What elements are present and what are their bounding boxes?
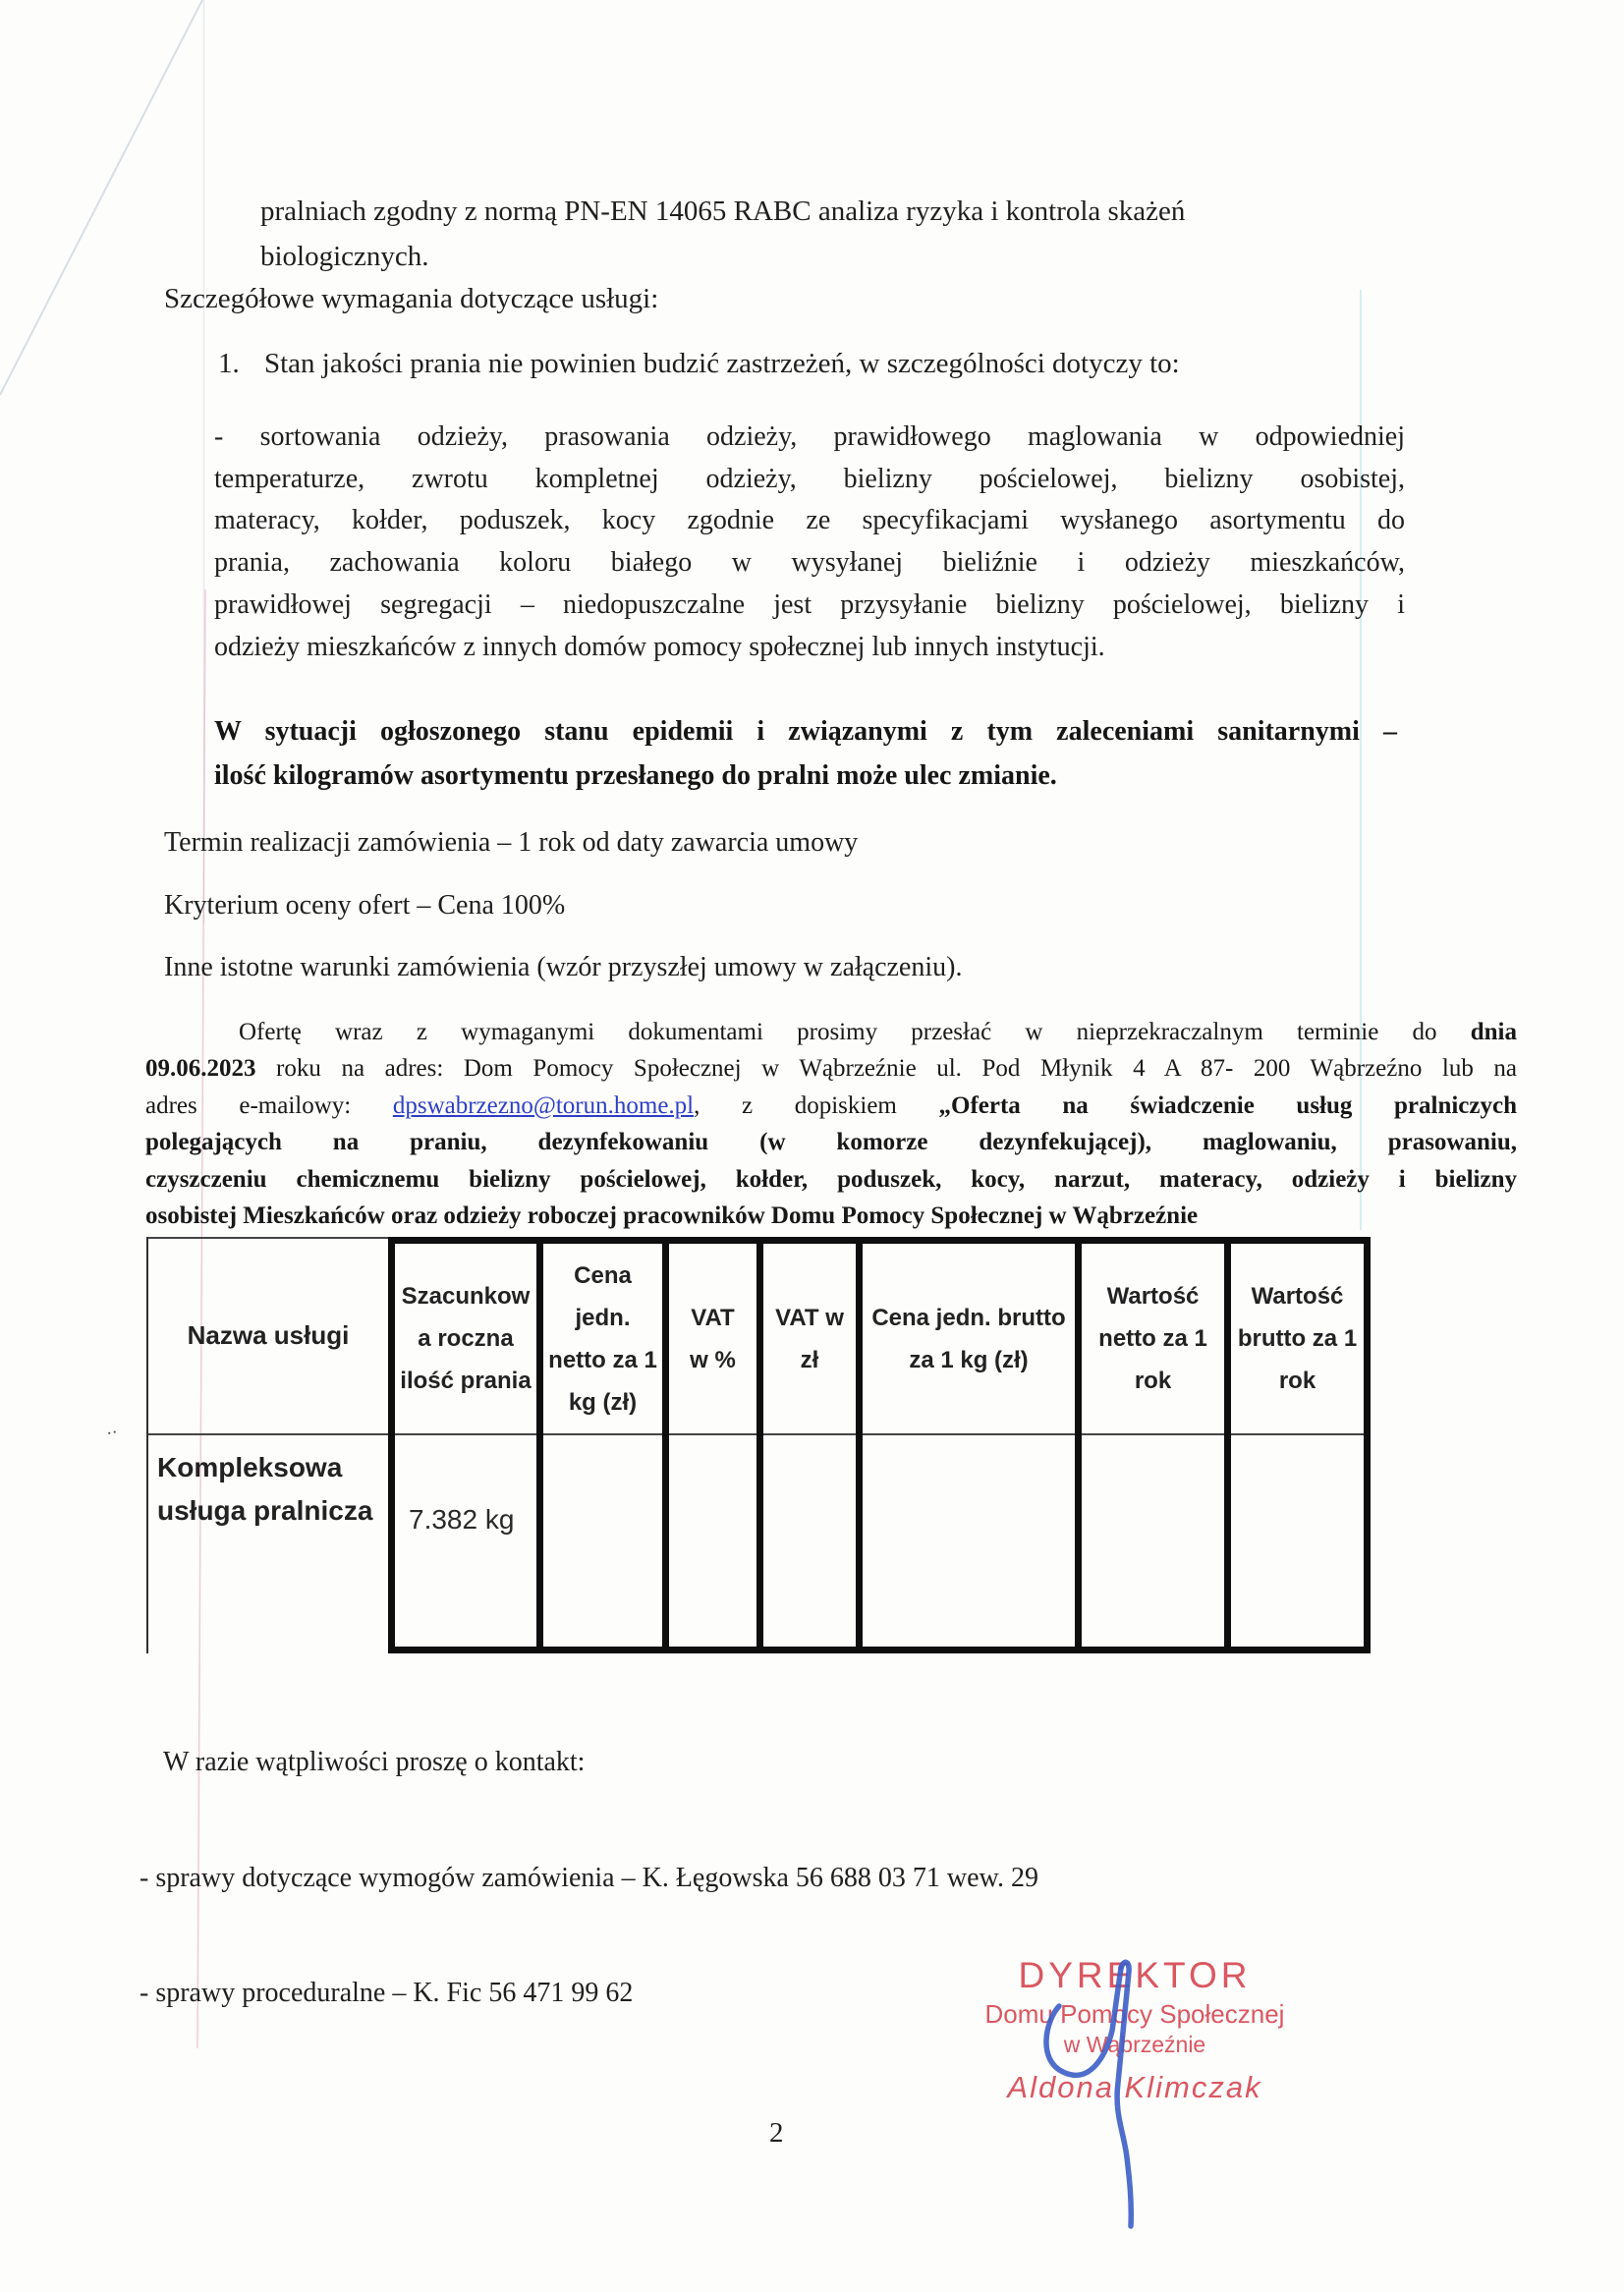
table-header-value-net: Wartość netto za 1 rok bbox=[1075, 1244, 1224, 1433]
table-header-value-gross: Wartość brutto za 1 rok bbox=[1224, 1244, 1364, 1433]
requirements-paragraph: - sortowania odzieży, prasowania odzieży… bbox=[214, 417, 1405, 668]
requirements-heading: Szczegółowe wymagania dotyczące usługi: bbox=[164, 276, 658, 321]
table-cell-value-net bbox=[1075, 1433, 1224, 1647]
table-cell-quantity: 7.382 kg bbox=[395, 1433, 536, 1647]
contact-item-1: - sprawy dotyczące wymogów zamówienia – … bbox=[140, 1857, 1038, 1899]
offer-title-bold: „Oferta na świadczenie usług pralniczych bbox=[939, 1092, 1518, 1119]
list-item-1: 1. Stan jakości prania nie powinien budz… bbox=[218, 341, 1180, 386]
list-item-number: 1. bbox=[218, 348, 240, 379]
table-cell-unit-gross bbox=[856, 1433, 1075, 1647]
offer-line-4: polegających na praniu, dezynfekowaniu (… bbox=[145, 1124, 1517, 1160]
list-item-text: Stan jakości prania nie powinien budzić … bbox=[264, 348, 1180, 379]
intro-line-1: pralniach zgodny z normą PN-EN 14065 RAB… bbox=[260, 189, 1390, 234]
table-cell-service-name: Kompleksowa usługa pralnicza bbox=[157, 1446, 387, 1533]
epidemic-notice: W sytuacji ogłoszonego stanu epidemii i … bbox=[214, 709, 1397, 798]
requirements-line: odzieży mieszkańców z innych domów pomoc… bbox=[214, 627, 1405, 669]
table-header-vat-percent: VAT w % bbox=[662, 1244, 756, 1433]
offer-line-6: osobistej Mieszkańców oraz odzieży roboc… bbox=[145, 1198, 1517, 1234]
table-header-name: Nazwa usługi bbox=[148, 1237, 388, 1433]
table-cell-value-gross bbox=[1224, 1433, 1364, 1647]
intro-line-2: biologicznych. bbox=[260, 234, 1390, 279]
requirements-line: - sortowania odzieży, prasowania odzieży… bbox=[214, 417, 1405, 459]
epidemic-notice-line-1: W sytuacji ogłoszonego stanu epidemii i … bbox=[214, 709, 1397, 754]
offer-line-3-text: adres e-mailowy: bbox=[145, 1092, 393, 1119]
table-cell-vat-percent bbox=[662, 1433, 756, 1647]
offer-line-5: czyszczeniu chemicznemu bielizny pościel… bbox=[145, 1161, 1517, 1198]
table-header-unit-net: Cena jedn. netto za 1 kg (zł) bbox=[536, 1244, 662, 1433]
requirements-line: temperaturze, zwrotu kompletnej odzieży,… bbox=[214, 459, 1405, 501]
term-other: Inne istotne warunki zamówienia (wzór pr… bbox=[164, 946, 962, 988]
table-header-unit-gross: Cena jedn. brutto za 1 kg (zł) bbox=[856, 1244, 1075, 1433]
table-header-vat-zl: VAT w zł bbox=[756, 1244, 856, 1433]
ink-speck: .. bbox=[104, 1417, 119, 1439]
requirements-line: prawidłowej segregacji – niedopuszczalne… bbox=[214, 585, 1405, 627]
requirements-line: prania, zachowania koloru białego w wysy… bbox=[214, 542, 1405, 585]
contact-intro: W razie wątpliwości proszę o kontakt: bbox=[163, 1741, 585, 1783]
offer-line-1: Ofertę wraz z wymaganymi dokumentami pro… bbox=[145, 1014, 1517, 1050]
scanned-document-page: pralniach zgodny z normą PN-EN 14065 RAB… bbox=[0, 0, 1624, 2292]
offer-line-2-text: roku na adres: Dom Pomocy Społecznej w W… bbox=[256, 1055, 1518, 1082]
offer-line-1-text: Ofertę wraz z wymaganymi dokumentami pro… bbox=[239, 1019, 1471, 1045]
offer-line-3-text2: , z dopiskiem bbox=[694, 1092, 938, 1119]
table-cell-vat-zl bbox=[756, 1433, 856, 1647]
intro-paragraph: pralniach zgodny z normą PN-EN 14065 RAB… bbox=[260, 189, 1390, 279]
offer-date: 09.06.2023 bbox=[145, 1055, 256, 1082]
requirements-line: materacy, kołder, poduszek, kocy zgodnie… bbox=[214, 500, 1405, 542]
page-number: 2 bbox=[769, 2117, 784, 2150]
table-cell-unit-net bbox=[536, 1433, 662, 1647]
term-deadline: Termin realizacji zamówienia – 1 rok od … bbox=[164, 821, 858, 864]
epidemic-notice-line-2: ilość kilogramów asortymentu przesłanego… bbox=[214, 754, 1397, 798]
term-criterion: Kryterium oceny ofert – Cena 100% bbox=[164, 884, 565, 926]
offer-line-3: adres e-mailowy: dpswabrzezno@torun.home… bbox=[145, 1088, 1517, 1124]
offer-line-1-bold: dnia bbox=[1471, 1019, 1517, 1045]
offer-paragraph: Ofertę wraz z wymaganymi dokumentami pro… bbox=[145, 1014, 1517, 1234]
handwritten-signature bbox=[1022, 1950, 1159, 2235]
email-link[interactable]: dpswabrzezno@torun.home.pl bbox=[393, 1092, 694, 1119]
pricing-table-grid: Szacunkow a roczna ilość prania Cena jed… bbox=[388, 1237, 1371, 1653]
offer-line-2: 09.06.2023 roku na adres: Dom Pomocy Spo… bbox=[145, 1050, 1517, 1087]
contact-item-2: - sprawy proceduralne – K. Fic 56 471 99… bbox=[140, 1972, 633, 2014]
table-header-quantity: Szacunkow a roczna ilość prania bbox=[395, 1244, 536, 1433]
